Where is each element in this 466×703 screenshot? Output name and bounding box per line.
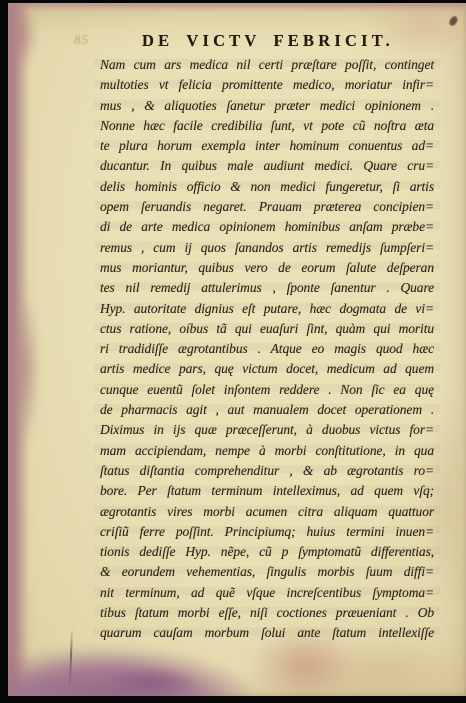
text-line: mus moriantur, quibus vero de eorum ſalu… (100, 258, 434, 278)
text-line: Hyp. autoritate dignius eſt putare, hæc … (100, 299, 434, 319)
text-line: Nam cum ars medica nil certi præſtare po… (100, 55, 434, 75)
text-line: Diximus in ijs quæ præceſſerunt, à duobu… (100, 420, 434, 440)
text-line: multoties vt felicia promittente medico,… (100, 75, 434, 95)
text-line: criſiũ ferre poſſint. Principiumq; huius… (100, 522, 434, 542)
text-line: ducantur. In quibus male audiunt medici.… (100, 156, 434, 176)
text-line: quarum cauſam morbum ſolui ante ſtatum i… (100, 623, 434, 643)
bottom-purple-stain-core (100, 668, 200, 696)
text-line: de pharmacis agit , aut manualem docet o… (100, 400, 434, 420)
text-line: bore. Per ſtatum terminum intelleximus, … (100, 481, 434, 501)
text-line: di de arte medica opinionem hominibus an… (100, 217, 434, 237)
text-line: opem ſeruandis negaret. Prauam præterea … (100, 197, 434, 217)
body-text: Nam cum ars medica nil certi præſtare po… (100, 55, 434, 644)
text-line: ctus ratione, oíbus tã qui euaſuri ſint,… (100, 319, 434, 339)
scan-background: { "page": { "folio_number": "85", "runni… (0, 0, 466, 703)
dyed-edge-corner (8, 3, 38, 69)
text-line: tionis dediſſe Hyp. nẽpe, cũ p ſymptomat… (100, 542, 434, 562)
text-line: cunque euentũ ſolet inſontem reddere . N… (100, 380, 434, 400)
text-line: remus , cum ij quos ſanandos artis remed… (100, 238, 434, 258)
text-line: artis medice pars, quę victum docet, med… (100, 359, 434, 379)
text-line: Nonne hæc facile credibilia ſunt, vt pot… (100, 116, 434, 136)
book-page: 85 DE VICTV FEBRICIT. Nam cum ars medica… (8, 3, 466, 696)
text-line: tibus ſtatum morbi eſſe, niſi coctiones … (100, 603, 434, 623)
text-line: tes nil remedij attulerimus , ſponte ſan… (100, 278, 434, 298)
text-line: ægrotantis vires morbi acumen citra aliq… (100, 502, 434, 522)
running-header: DE VICTV FEBRICIT. (100, 31, 436, 51)
text-line: nit terminum, ad quẽ vſque increſcentibu… (100, 583, 434, 603)
text-line: ſtatus diſtantia comprehenditur , & ab æ… (100, 461, 434, 481)
text-line: & eorundem vehementias, ſingulis morbis … (100, 562, 434, 582)
text-line: delis hominis officio & non medici funge… (100, 177, 434, 197)
text-line: te plura horum exempla inter hominum con… (100, 136, 434, 156)
text-line: mam accipiendam, nempe à morbi conſtitut… (100, 441, 434, 461)
dyed-edge-blob (12, 288, 40, 448)
dyed-edge-top (8, 3, 466, 11)
text-line: mus , & aliquoties ſanetur præter medici… (100, 96, 434, 116)
folio-number: 85 (73, 31, 89, 48)
text-line: ri tradidiſſe ægrotantibus . Atque eo ma… (100, 339, 434, 359)
